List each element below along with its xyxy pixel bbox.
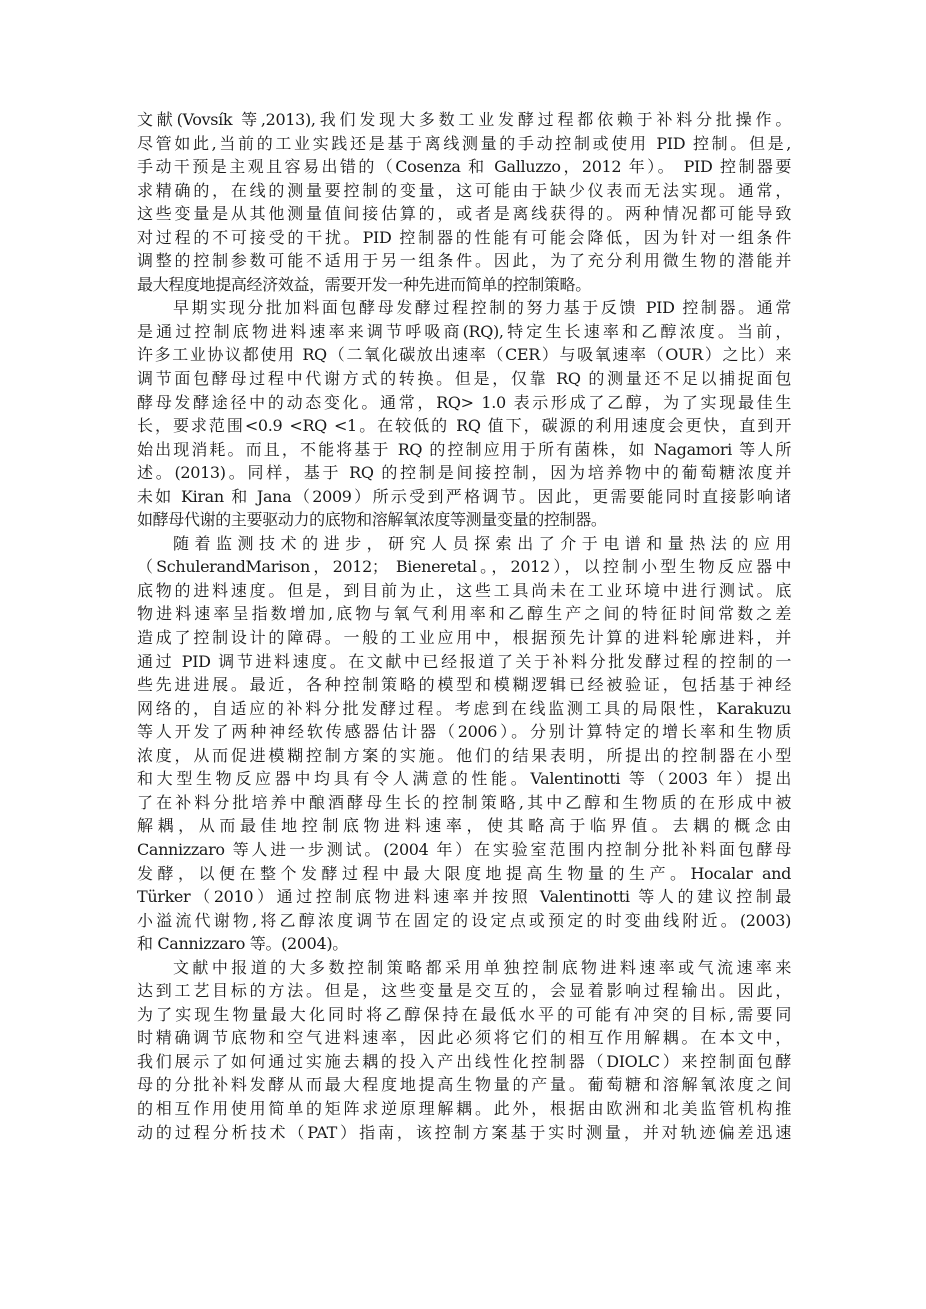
text-line: 小溢流代谢物,将乙醇浓度调节在固定的设定点或预定的时变曲线附近。(2003): [137, 909, 791, 933]
text-line: 酵母发酵途径中的动态变化。通常，RQ> 1.0 表示形成了乙醇，为了实现最佳生: [137, 391, 791, 415]
text-line: 始出现消耗。而且，不能将基于 RQ 的控制应用于所有菌株，如 Nagamori …: [137, 438, 791, 462]
text-line: 达到工艺目标的方法。但是，这些变量是交互的，会显着影响过程输出。因此，: [137, 979, 791, 1003]
text-line: 动的过程分析技术（PAT）指南，该控制方案基于实时测量，并对轨迹偏差迅速: [137, 1121, 791, 1145]
text-line: 文献(Vovsík 等,2013),我们发现大多数工业发酵过程都依赖于补料分批操…: [137, 108, 791, 132]
text-line: 对过程的不可接受的干扰。PID 控制器的性能有可能会降低，因为针对一组条件: [137, 226, 791, 250]
text-line: 尽管如此,当前的工业实践还是基于离线测量的手动控制或使用 PID 控制。但是,: [137, 132, 791, 156]
paragraph-3: 随着监测技术的进步，研究人员探索出了介于电谱和量热法的应用 （Schuleran…: [137, 532, 791, 956]
text-line: 最大程度地提高经济效益，需要开发一种先进而简单的控制策略。: [137, 273, 791, 297]
text-line: 和 Cannizzaro 等。(2004)。: [137, 932, 791, 956]
text-line: 未如 Kiran 和 Jana（2009）所示受到严格调节。因此，更需要能同时直…: [137, 485, 791, 509]
text-line: 造成了控制设计的障碍。一般的工业应用中，根据预先计算的进料轮廓进料，并: [137, 626, 791, 650]
text-line: 早期实现分批加料面包酵母发酵过程控制的努力基于反馈 PID 控制器。通常: [137, 296, 791, 320]
text-line: 和大型生物反应器中均具有令人满意的性能。Valentinotti 等（2003 …: [137, 767, 791, 791]
text-line: 文献中报道的大多数控制策略都采用单独控制底物进料速率或气流速率来: [137, 956, 791, 980]
text-line: 通过 PID 调节进料速度。在文献中已经报道了关于补料分批发酵过程的控制的一: [137, 650, 791, 674]
text-line: 物进料速率呈指数增加,底物与氧气利用率和乙醇生产之间的特征时间常数之差: [137, 602, 791, 626]
text-line: （SchulerandMarison，2012； Bieneretal。，201…: [137, 555, 791, 579]
text-line: 等人开发了两种神经软传感器估计器（2006）。分别计算特定的增长率和生物质: [137, 720, 791, 744]
text-line: 了在补料分批培养中酿酒酵母生长的控制策略,其中乙醇和生物质的在形成中被: [137, 791, 791, 815]
paragraph-2: 早期实现分批加料面包酵母发酵过程控制的努力基于反馈 PID 控制器。通常 是通过…: [137, 296, 791, 531]
text-line: 网络的，自适应的补料分批发酵过程。考虑到在线监测工具的局限性，Karakuzu: [137, 697, 791, 721]
text-line: 的相互作用使用简单的矩阵求逆原理解耦。此外，根据由欧洲和北美监管机构推: [137, 1097, 791, 1121]
text-line: 求精确的，在线的测量要控制的变量，这可能由于缺少仪表而无法实现。通常，: [137, 179, 791, 203]
text-line: 解耦，从而最佳地控制底物进料速率，使其略高于临界值。去耦的概念由: [137, 814, 791, 838]
text-line: 时精确调节底物和空气进料速率，因此必须将它们的相互作用解耦。在本文中，: [137, 1026, 791, 1050]
paragraph-4: 文献中报道的大多数控制策略都采用单独控制底物进料速率或气流速率来 达到工艺目标的…: [137, 956, 791, 1144]
text-line: 长，要求范围<0.9 <RQ <1。在较低的 RQ 值下，碳源的利用速度会更快，…: [137, 414, 791, 438]
text-line: 我们展示了如何通过实施去耦的投入产出线性化控制器（DIOLC）来控制面包酵: [137, 1050, 791, 1074]
text-line: 如酵母代谢的主要驱动力的底物和溶解氧浓度等测量变量的控制器。: [137, 508, 791, 532]
text-line: 调节面包酵母过程中代谢方式的转换。但是，仅靠 RQ 的测量还不足以捕捉面包: [137, 367, 791, 391]
text-line: 母的分批补料发酵从而最大程度地提高生物量的产量。葡萄糖和溶解氧浓度之间: [137, 1073, 791, 1097]
text-line: 发酵，以便在整个发酵过程中最大限度地提高生物量的生产。Hocalar and: [137, 862, 791, 886]
text-line: 这些变量是从其他测量值间接估算的，或者是离线获得的。两种情况都可能导致: [137, 202, 791, 226]
text-line: 许多工业协议都使用 RQ（二氧化碳放出速率（CER）与吸氧速率（OUR）之比）来: [137, 343, 791, 367]
text-line: 为了实现生物量最大化同时将乙醇保持在最低水平的可能有冲突的目标,需要同: [137, 1003, 791, 1027]
text-line: 底物的进料速度。但是，到目前为止，这些工具尚未在工业环境中进行测试。底: [137, 579, 791, 603]
text-line: 浓度，从而促进模糊控制方案的实施。他们的结果表明，所提出的控制器在小型: [137, 744, 791, 768]
text-line: 是通过控制底物进料速率来调节呼吸商(RQ),特定生长速率和乙醇浓度。当前，: [137, 320, 791, 344]
text-line: 述。(2013)。同样，基于 RQ 的控制是间接控制，因为培养物中的葡萄糖浓度并: [137, 461, 791, 485]
text-line: 随着监测技术的进步，研究人员探索出了介于电谱和量热法的应用: [137, 532, 791, 556]
document-page: 文献(Vovsík 等,2013),我们发现大多数工业发酵过程都依赖于补料分批操…: [137, 108, 791, 1144]
text-line: 手动干预是主观且容易出错的（Cosenza 和 Galluzzo，2012 年）…: [137, 155, 791, 179]
paragraph-1: 文献(Vovsík 等,2013),我们发现大多数工业发酵过程都依赖于补料分批操…: [137, 108, 791, 296]
text-line: Türker（2010）通过控制底物进料速率并按照 Valentinotti 等…: [137, 885, 791, 909]
text-line: 些先进进展。最近，各种控制策略的模型和模糊逻辑已经被验证，包括基于神经: [137, 673, 791, 697]
text-line: 调整的控制参数可能不适用于另一组条件。因此，为了充分利用微生物的潜能并: [137, 249, 791, 273]
text-line: Cannizzaro 等人进一步测试。(2004 年）在实验室范围内控制分批补料…: [137, 838, 791, 862]
